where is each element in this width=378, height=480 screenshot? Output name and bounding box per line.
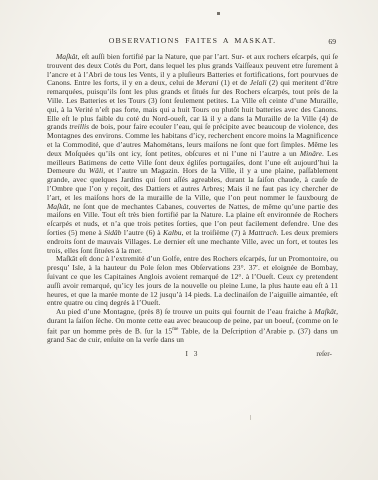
- body-text: Maſkât, eſt auſſi bien fortifié par la N…: [47, 53, 338, 345]
- signature-mark: I 3: [47, 349, 338, 358]
- scan-artifact: [250, 415, 251, 420]
- running-title: OBSERVATIONS FAITES A MASKAT.: [47, 36, 338, 45]
- paragraph: Maſkât, eſt auſſi bien fortifié par la N…: [47, 53, 338, 255]
- paragraph: Au pied d’une Montagne, (près 8) ſe trou…: [47, 308, 338, 345]
- catchword: reſer-: [316, 349, 332, 358]
- paragraph: Maſkât eſt donc à l’extremité d’un Golfe…: [47, 255, 338, 308]
- text-block: OBSERVATIONS FAITES A MASKAT. 69 Maſkât,…: [47, 36, 338, 359]
- page-header: OBSERVATIONS FAITES A MASKAT. 69: [47, 36, 338, 48]
- book-page-scan: OBSERVATIONS FAITES A MASKAT. 69 Maſkât,…: [0, 0, 378, 480]
- ornament-mark: [217, 12, 220, 15]
- page-footer: I 3 reſer-: [47, 349, 338, 359]
- page-number: 69: [328, 37, 336, 46]
